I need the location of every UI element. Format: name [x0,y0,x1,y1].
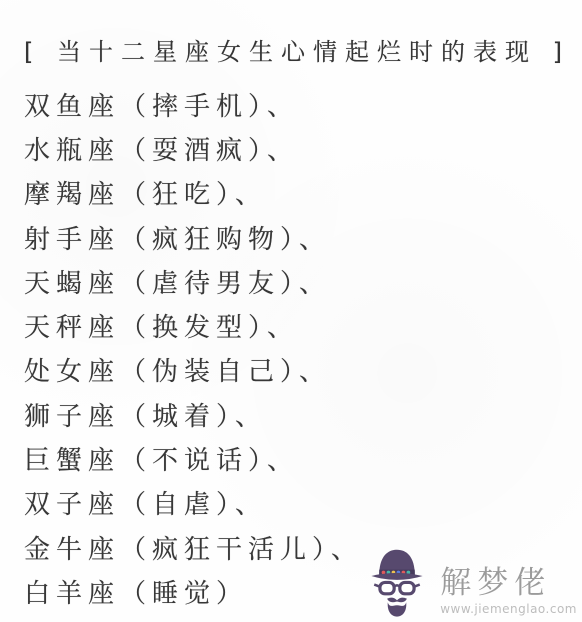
list-item-virgo: 处女座（伪装自己）、 [24,348,574,392]
jiemenglao-logo-icon [362,544,432,618]
list-item-cancer: 巨蟹座（不说话）、 [24,436,574,480]
list-item-gemini: 双子座（自虐）、 [24,481,574,525]
list-item-pisces: 双鱼座（摔手机）、 [24,82,574,126]
list-item-aquarius: 水瓶座（耍酒疯）、 [24,126,574,170]
meme-image: [ 当十二星座女生心情起烂时的表现 ] 双鱼座（摔手机）、 水瓶座（耍酒疯）、 … [0,0,582,622]
list-item-sagittarius: 射手座（疯狂购物）、 [24,215,574,259]
list-item-leo: 狮子座（城着）、 [24,392,574,436]
page-title: [ 当十二星座女生心情起烂时的表现 ] [24,26,574,72]
watermark-text: 解梦佬 www.jiemenglao.com [440,566,577,618]
zodiac-list: 双鱼座（摔手机）、 水瓶座（耍酒疯）、 摩羯座（狂吃）、 射手座（疯狂购物）、 … [24,82,574,614]
watermark: 解梦佬 www.jiemenglao.com [362,544,577,618]
watermark-website: www.jiemenglao.com [440,602,577,616]
list-item-scorpio: 天蝎座（虐待男友）、 [24,259,574,303]
list-item-capricorn: 摩羯座（狂吃）、 [24,171,574,215]
list-item-libra: 天秤座（换发型）、 [24,303,574,347]
text-content: [ 当十二星座女生心情起烂时的表现 ] 双鱼座（摔手机）、 水瓶座（耍酒疯）、 … [24,26,574,614]
watermark-brand-name: 解梦佬 [440,566,551,602]
